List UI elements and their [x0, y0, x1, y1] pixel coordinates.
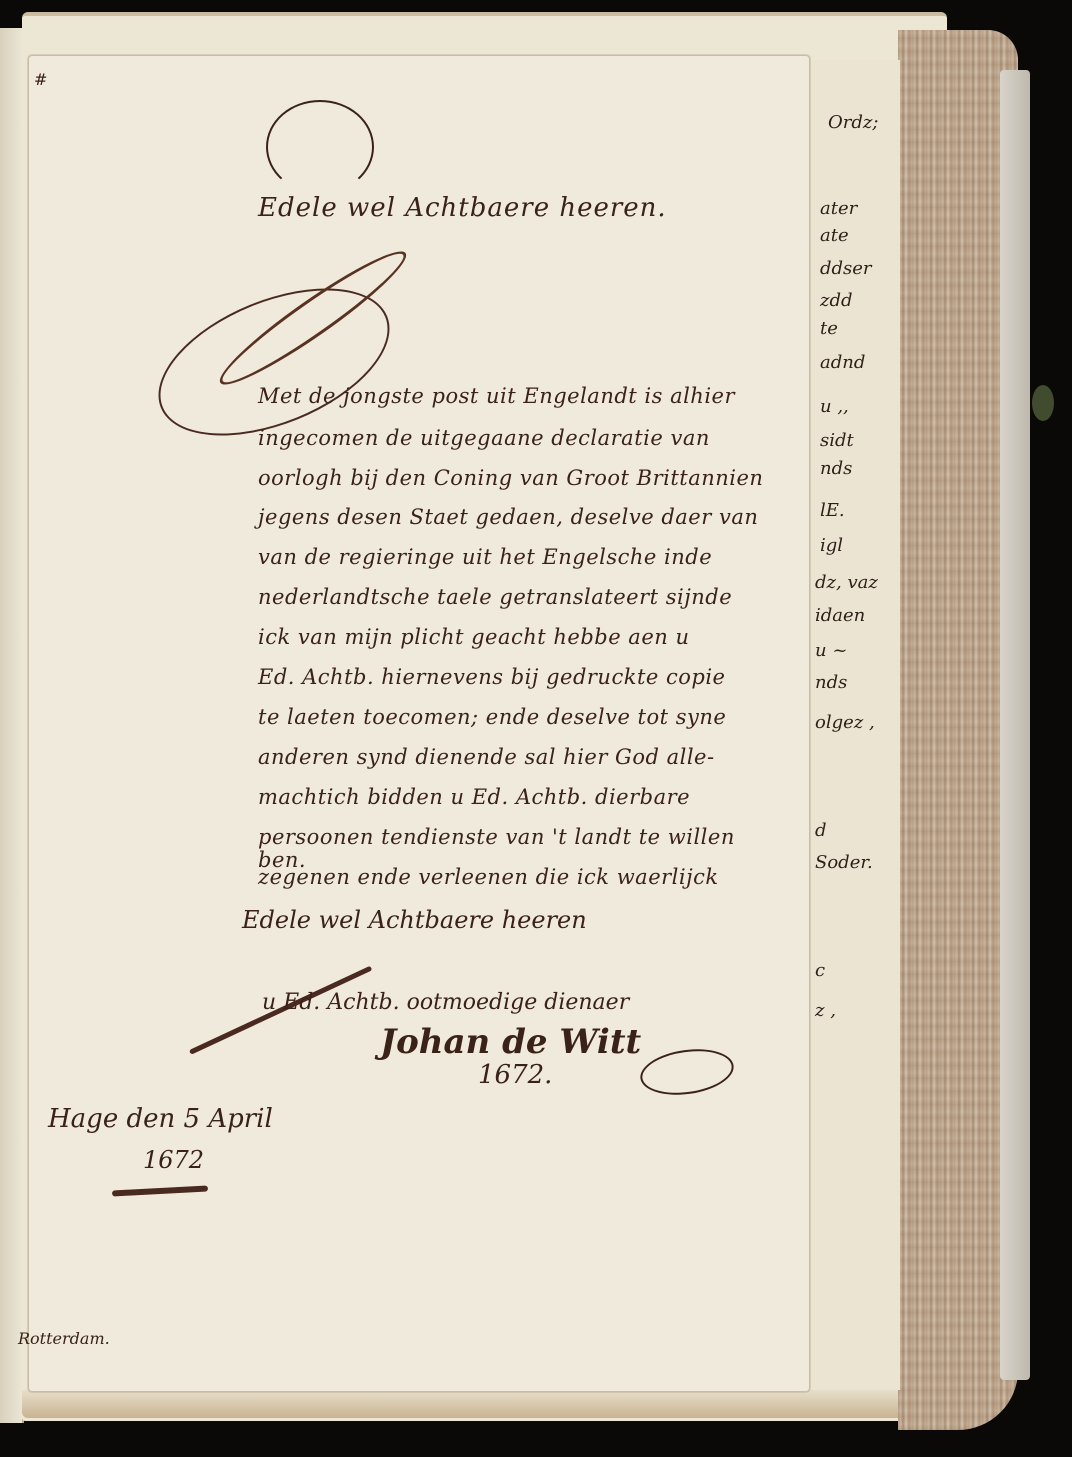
right-fragment: ate — [820, 225, 849, 246]
right-fragment: u ~ — [815, 640, 847, 661]
facing-page-edge — [0, 28, 24, 1423]
right-fragment: dz, vaz — [815, 572, 878, 593]
right-fragment: lE. — [820, 500, 845, 521]
right-fragment: sidt — [820, 430, 854, 451]
right-fragment: u ,, — [820, 396, 849, 417]
body-line: zegenen ende verleenen die ick waerlijck — [258, 865, 719, 889]
right-fragment: c — [815, 960, 825, 981]
archive-note: Rotterdam. — [18, 1329, 110, 1348]
place-year: 1672 — [143, 1146, 204, 1174]
body-line: van de regieringe uit het Engelsche inde — [258, 545, 712, 569]
right-fragment: ddser — [820, 258, 872, 279]
capital-e-flourish — [266, 100, 374, 194]
right-fragment: adnd — [820, 352, 865, 373]
right-fragment: te — [820, 318, 838, 339]
manuscript-photo: Ordz; ater ate ddser zdd te adnd u ,, si… — [0, 0, 1072, 1457]
signature: Johan de Witt — [380, 1022, 641, 1062]
body-line-last: ben. — [258, 848, 306, 872]
margin-mark: # — [34, 70, 47, 89]
servant-line: u Ed. Achtb. ootmoedige dienaer — [262, 990, 629, 1015]
right-fragment: zdd — [820, 290, 853, 311]
body-line: oorlogh bij den Coning van Groot Brittan… — [258, 466, 763, 490]
body-line: ingecomen de uitgegaane declaratie van — [258, 426, 710, 450]
bookmark-ribbon — [1032, 385, 1054, 421]
body-line: te laeten toecomen; ende deselve tot syn… — [258, 705, 726, 729]
body-line: Ed. Achtb. hiernevens bij gedruckte copi… — [258, 665, 725, 689]
body-line: jegens desen Staet gedaen, deselve daer … — [258, 505, 758, 529]
right-fragment: Ordz; — [828, 112, 878, 133]
folio-bottom-edge — [22, 1390, 952, 1418]
body-line: nederlandtsche taele getranslateert sijn… — [258, 585, 732, 609]
body-line: persoonen tendienste van 't landt te wil… — [258, 825, 735, 849]
right-fragment: idaen — [815, 605, 865, 626]
right-fragment: nds — [820, 458, 852, 479]
right-fragment: olgez , — [815, 712, 875, 733]
body-line: Met de jongste post uit Engelandt is alh… — [258, 384, 735, 408]
body-line: ick van mijn plicht geacht hebbe aen u — [258, 625, 689, 649]
right-fragment: ater — [820, 198, 857, 219]
right-fragment: Soder. — [815, 852, 873, 873]
body-line: machtich bidden u Ed. Achtb. dierbare — [258, 785, 690, 809]
place-date: Hage den 5 April — [48, 1104, 273, 1134]
right-fragment: z , — [815, 1000, 836, 1021]
signature-year: 1672. — [478, 1060, 552, 1090]
right-fragment: igl — [820, 535, 843, 556]
greeting: Edele wel Achtbaere heeren. — [258, 193, 667, 223]
page-stack-back-sheet — [1000, 70, 1030, 1380]
right-fragment: nds — [815, 672, 847, 693]
closing-salutation: Edele wel Achtbaere heeren — [242, 906, 587, 934]
body-line: anderen synd dienende sal hier God alle- — [258, 745, 715, 769]
right-fragment: d — [815, 820, 827, 841]
